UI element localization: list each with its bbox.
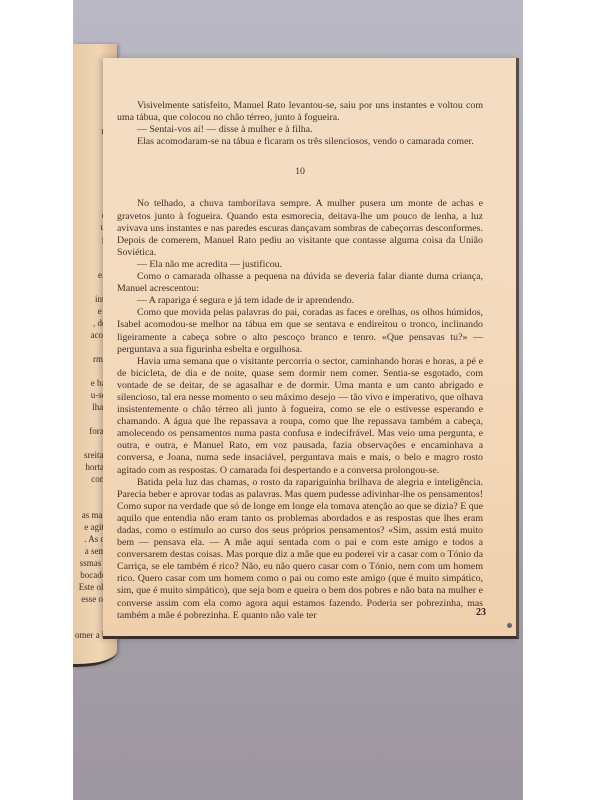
- chapter-number: 10: [117, 166, 483, 178]
- dialog-line: — Sentai-vos aí! — disse à mulher e à fi…: [117, 124, 483, 136]
- dust-speck: [507, 623, 512, 628]
- paragraph: Batida pela luz das chamas, o rosto da r…: [117, 477, 483, 622]
- book-photo: elo ído não rega mas tey ô de unas pela …: [73, 0, 523, 800]
- paragraph: Elas acomodaram-se na tábua e ficaram os…: [117, 136, 483, 148]
- page-body: Visivelmente satisfeito, Manuel Rato lev…: [117, 100, 483, 622]
- paragraph: Visivelmente satisfeito, Manuel Rato lev…: [117, 100, 483, 124]
- paragraph: No telhado, a chuva tamborilava sempre. …: [117, 198, 483, 258]
- dialog-line: — Ela não me acredita — justificou.: [117, 259, 483, 271]
- paragraph: Como que movida pelas palavras do pai, c…: [117, 307, 483, 355]
- page-number: 23: [476, 607, 486, 618]
- paragraph: Havia uma semana que o visitante percorr…: [117, 356, 483, 477]
- paragraph: Como o camarada olhasse a pequena na dúv…: [117, 271, 483, 295]
- dialog-line: — A rapariga é segura e já tem idade de …: [117, 295, 483, 307]
- book-page: Visivelmente satisfeito, Manuel Rato lev…: [103, 58, 519, 639]
